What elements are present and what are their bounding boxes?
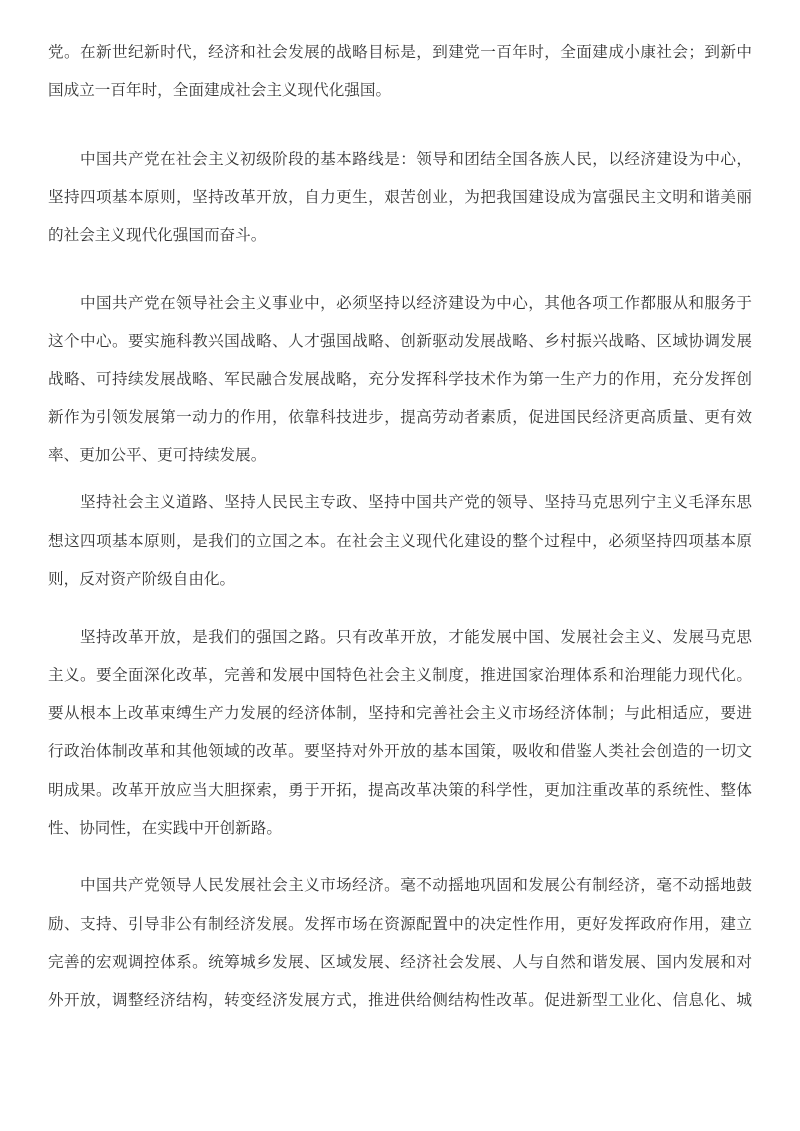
text-line: 的社会主义现代化强国而奋斗。 — [48, 216, 752, 254]
text-line: 励、支持、引导非公有制经济发展。发挥市场在资源配置中的决定性作用，更好发挥政府作… — [48, 905, 752, 943]
text-line: 明成果。改革开放应当大胆探索，勇于开拓，提高改革决策的科学性，更加注重改革的系统… — [48, 771, 752, 809]
text-line: 率、更加公平、更可持续发展。 — [48, 436, 752, 474]
text-line: 则，反对资产阶级自由化。 — [48, 560, 752, 598]
text-line: 想这四项基本原则，是我们的立国之本。在社会主义现代化建设的整个过程中，必须坚持四… — [48, 522, 752, 560]
text-line: 新作为引领发展第一动力的作用，依靠科技进步，提高劳动者素质，促进国民经济更高质量… — [48, 398, 752, 436]
text-line: 坚持改革开放，是我们的强国之路。只有改革开放，才能发展中国、发展社会主义、发展马… — [48, 618, 752, 656]
text-line: 性、协同性，在实践中开创新路。 — [48, 809, 752, 847]
text-line: 坚持四项基本原则，坚持改革开放，自力更生，艰苦创业，为把我国建设成为富强民主文明… — [48, 178, 752, 216]
text-line: 国成立一百年时，全面建成社会主义现代化强国。 — [48, 71, 752, 109]
text-line: 外开放，调整经济结构，转变经济发展方式，推进供给侧结构性改革。促进新型工业化、信… — [48, 981, 752, 1019]
text-line: 坚持社会主义道路、坚持人民民主专政、坚持中国共产党的领导、坚持马克思列宁主义毛泽… — [48, 483, 752, 521]
text-line: 党。在新世纪新时代，经济和社会发展的战略目标是，到建党一百年时，全面建成小康社会… — [48, 33, 752, 71]
text-line: 主义。要全面深化改革，完善和发展中国特色社会主义制度，推进国家治理体系和治理能力… — [48, 656, 752, 694]
text-line: 中国共产党在社会主义初级阶段的基本路线是：领导和团结全国各族人民，以经济建设为中… — [48, 140, 752, 178]
text-line: 要从根本上改革束缚生产力发展的经济体制，坚持和完善社会主义市场经济体制；与此相适… — [48, 694, 752, 732]
text-line: 这个中心。要实施科教兴国战略、人才强国战略、创新驱动发展战略、乡村振兴战略、区域… — [48, 322, 752, 360]
text-line: 行政治体制改革和其他领域的改革。要坚持对外开放的基本国策，吸收和借鉴人类社会创造… — [48, 732, 752, 770]
text-line: 中国共产党在领导社会主义事业中，必须坚持以经济建设为中心，其他各项工作都服从和服… — [48, 284, 752, 322]
text-line: 战略、可持续发展战略、军民融合发展战略，充分发挥科学技术作为第一生产力的作用，充… — [48, 360, 752, 398]
text-line: 中国共产党领导人民发展社会主义市场经济。毫不动摇地巩固和发展公有制经济，毫不动摇… — [48, 866, 752, 904]
text-line: 完善的宏观调控体系。统筹城乡发展、区域发展、经济社会发展、人与自然和谐发展、国内… — [48, 943, 752, 981]
